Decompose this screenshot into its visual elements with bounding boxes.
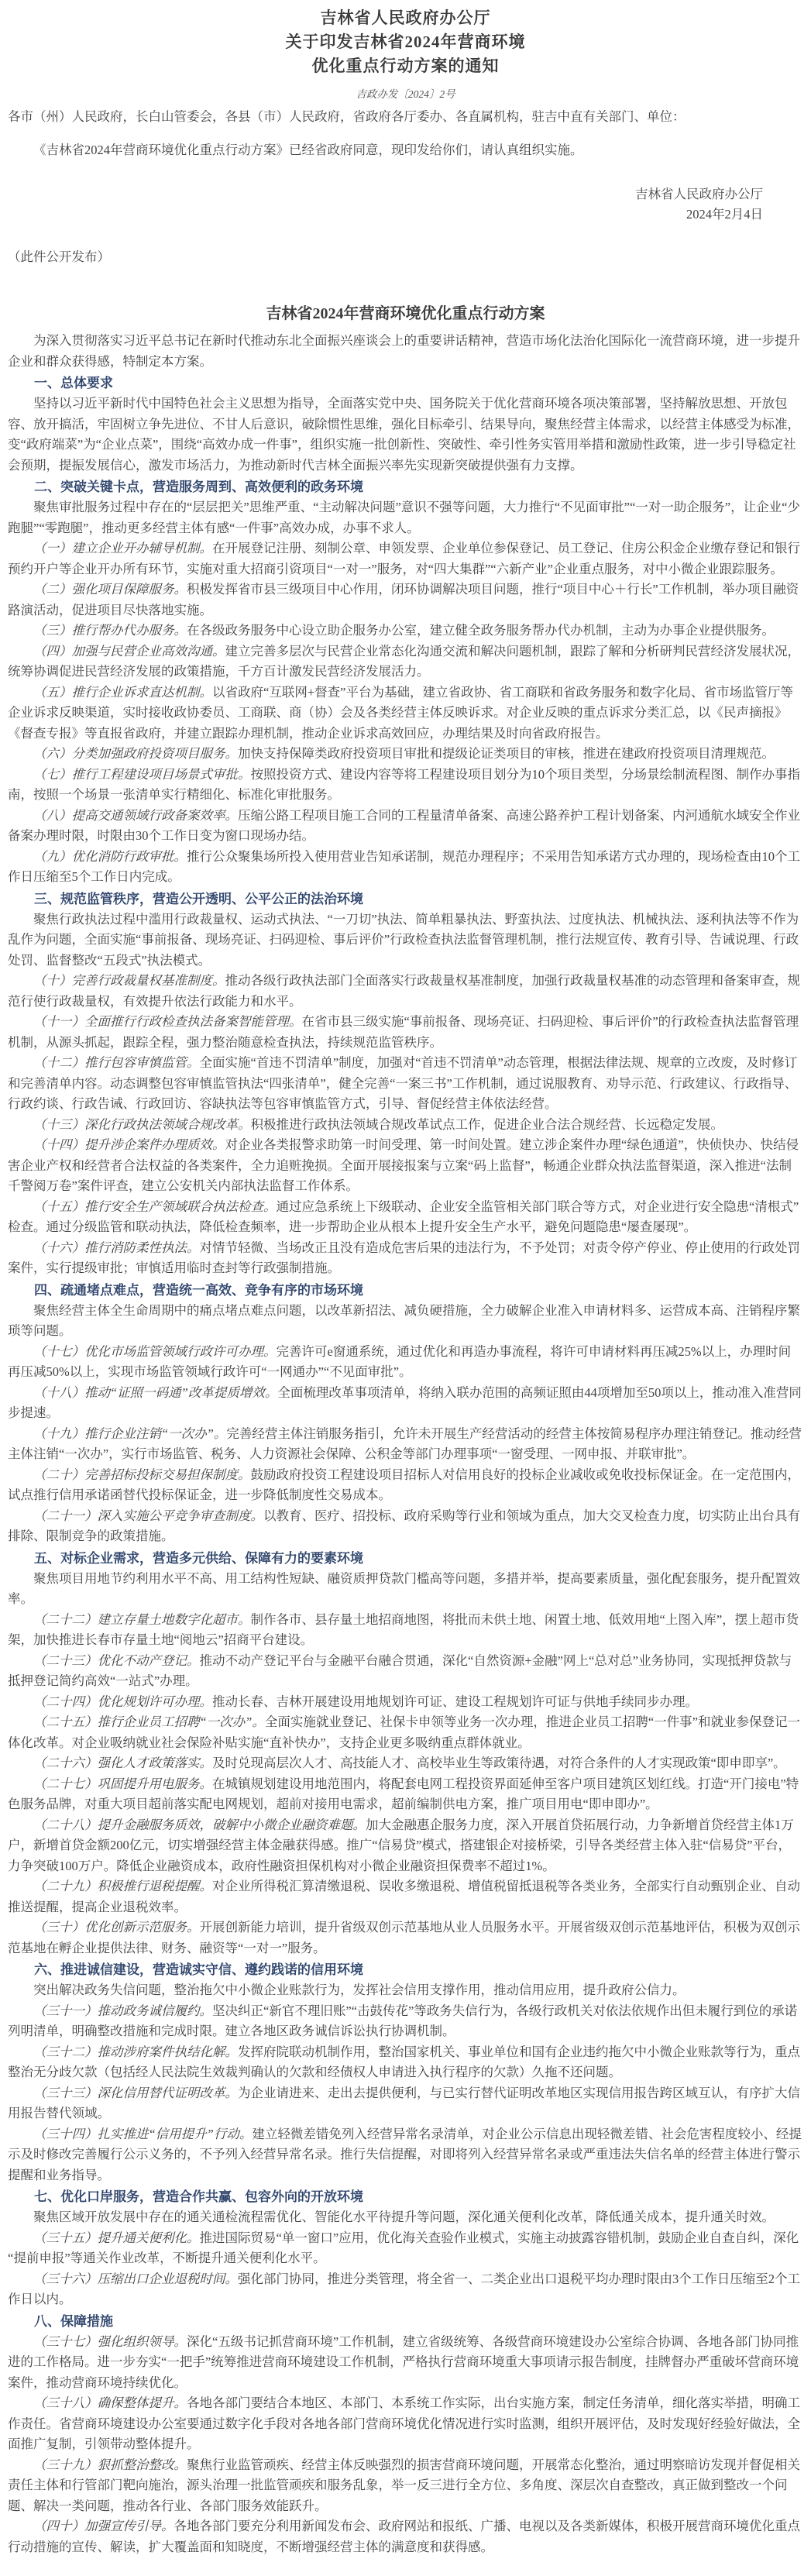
measure-item: （三）推行帮办代办服务。在各级政务服务中心设立助企服务办公室，建立健全政务服务帮… [8, 621, 803, 641]
notice-body: 《吉林省2024年营商环境优化重点行动方案》已经省政府同意，现印发给你们，请认真… [8, 140, 803, 161]
measure-item: （十一）全面推行行政检查执法备案智能管理。在省市县三级实施“事前报备、现场亮证、… [8, 1012, 803, 1053]
section-heading-3: 三、规范监管秩序，营造公开透明、公平公正的法治环境 [8, 888, 803, 910]
measure-lead: （三十三）深化信用替代证明改革。 [33, 2086, 238, 2100]
measure-item: （十五）推行安全生产领域联合执法检查。通过应急系统上下级联动、企业安全监管相关部… [8, 1197, 803, 1238]
measure-item: （二十五）推行企业员工招聘“一次办”。全面实施就业登记、社保卡申领等业务一次办理… [8, 1712, 803, 1753]
measure-item: （二十八）提升金融服务质效，破解中小微企业融资难题。加大金融惠企服务力度，深入开… [8, 1815, 803, 1877]
measure-lead: （三十五）提升通关便利化。 [33, 2230, 200, 2245]
measure-item: （四十）加强宣传引导。各地各部门要充分利用新闻发布会、政府网站和报纸、广播、电视… [8, 2516, 803, 2557]
doc-number: 吉政办发〔2024〕2号 [8, 85, 803, 101]
measure-lead: （二十六）强化人才政策落实。 [33, 1756, 212, 1770]
measure-item: （十二）推行包容审慎监管。全面实施“首违不罚清单”制度，加强对“首违不罚清单”动… [8, 1053, 803, 1115]
section-intro: 聚焦区域开放发展中存在的通关通检流程需优化、智能化水平待提升等问题，深化通关便利… [8, 2207, 803, 2228]
section-heading-7: 七、优化口岸服务，营造合作共赢、包容外向的开放环境 [8, 2186, 803, 2207]
section-heading-8: 八、保障措施 [8, 2310, 803, 2332]
measure-lead: （三十六）压缩出口企业退税时间。 [33, 2272, 238, 2286]
measure-item: （二十九）积极推行退税提醒。对企业所得税汇算清缴退税、误收多缴退税、增值税留抵退… [8, 1876, 803, 1917]
section-heading-4: 四、疏通堵点难点，营造统一高效、竞争有序的市场环境 [8, 1279, 803, 1301]
measure-lead: （三十）优化创新示范服务。 [33, 1920, 200, 1935]
measure-lead: （二十九）积极推行退税提醒。 [33, 1879, 212, 1893]
measure-lead: （二十四）优化规划许可办理。 [33, 1694, 212, 1709]
notice-title-line-3: 优化重点行动方案的通知 [8, 54, 803, 78]
measure-item: （二十六）强化人才政策落实。及时兑现高层次人才、高技能人才、高校毕业生等政策待遇… [8, 1753, 803, 1774]
measure-lead: （二十八）提升金融服务质效，破解中小微企业融资难题。 [33, 1818, 366, 1832]
measure-item: （二十二）建立存量土地数字化超市。制作各市、县存量土地招商地图，将批而未供土地、… [8, 1610, 803, 1651]
measure-item: （十七）优化市场监管领域行政许可办理。完善许可e窗通系统，通过优化和再造办事流程… [8, 1342, 803, 1383]
measure-lead: （三十八）确保整体提升。 [33, 2395, 187, 2410]
signature-block: 吉林省人民政府办公厅 2024年2月4日 [8, 184, 803, 225]
measure-item: （三十三）深化信用替代证明改革。为企业请进来、走出去提供便利，与已实行替代证明改… [8, 2083, 803, 2124]
measure-lead: （十五）推行安全生产领域联合执法检查。 [33, 1199, 277, 1214]
measure-lead: （九）优化消防行政审批。 [33, 849, 187, 864]
measure-lead: （三）推行帮办代办服务。 [33, 623, 187, 638]
plan-intro: 为深入贯彻落实习近平总书记在新时代推动东北全面振兴座谈会上的重要讲话精神，营造市… [8, 331, 803, 372]
measure-lead: （七）推行工程建设项目场景式审批。 [33, 767, 251, 782]
measure-lead: （十）完善行政裁量权基准制度。 [33, 973, 225, 988]
measure-lead: （十七）优化市场监管领域行政许可办理。 [33, 1344, 277, 1359]
measure-item: （二十）完善招标投标交易担保制度。鼓励政府投资工程建设项目招标人对信用良好的投标… [8, 1465, 803, 1506]
measure-lead: （二十五）推行企业员工招聘“一次办”。 [33, 1714, 265, 1729]
measure-lead: （十二）推行包容审慎监管。 [33, 1055, 200, 1070]
measure-lead: （二）强化项目保障服务。 [33, 582, 187, 597]
measure-lead: （十九）推行企业注销“一次办”。 [33, 1426, 226, 1441]
measure-item: （四）加强与民营企业高效沟通。建立完善多层次与民营企业常态化沟通交流和解决问题机… [8, 641, 803, 683]
measure-lead: （四十）加强宣传引导。 [33, 2519, 174, 2533]
notice-title-line-1: 吉林省人民政府办公厅 [8, 6, 803, 30]
measure-item: （十九）推行企业注销“一次办”。完善经营主体注销服务指引，允许未开展生产经营活动… [8, 1424, 803, 1465]
measure-lead: （十一）全面推行行政检查执法备案智能管理。 [33, 1014, 302, 1029]
measure-item: （十六）推行消防柔性执法。对情节轻微、当场改正且没有造成危害后果的违法行为，不予… [8, 1238, 803, 1279]
measure-item: （二十七）巩固提升用电服务。在城镇规划建设用地范围内，将配套电网工程投资界面延伸… [8, 1774, 803, 1815]
measure-item: （二十三）优化不动产登记。推动不动产登记平台与金融平台融合贯通，深化“自然资源+… [8, 1651, 803, 1692]
measure-lead: （六）分类加强政府投资项目服务。 [33, 746, 238, 761]
measure-lead: （十三）深化行政执法领域合规改革。 [33, 1117, 251, 1132]
measure-item: （三十五）提升通关便利化。推进国际贸易“单一窗口”应用，优化海关查验作业模式，实… [8, 2228, 803, 2269]
section-heading-6: 六、推进诚信建设，营造诚实守信、遵约践诺的信用环境 [8, 1959, 803, 1980]
measure-item: （五）推行企业诉求直达机制。以省政府“互联网+督查”平台为基础，建立省政协、省工… [8, 683, 803, 745]
measure-item: （二）强化项目保障服务。积极发挥省市县三级项目中心作用，闭环协调解决项目问题，推… [8, 580, 803, 621]
section-intro: 突出解决政务失信问题，整治拖欠中小微企业账款行为，发挥社会信用支撑作用，推动信用… [8, 1980, 803, 2001]
measure-lead: （八）提高交通领域行政备案效率。 [33, 808, 238, 823]
measure-lead: （四）加强与民营企业高效沟通。 [33, 644, 225, 659]
sign-date: 2024年2月4日 [8, 205, 763, 225]
measure-item: （八）提高交通领域行政备案效率。压缩公路工程项目施工合同的工程量清单备案、高速公… [8, 806, 803, 847]
measure-item: （六）分类加强政府投资项目服务。加快支持保障类政府投资项目审批和提级论证类项目的… [8, 744, 803, 765]
measure-item: （三十七）强化组织领导。深化“五级书记抓营商环境”工作机制，建立省级统筹、各级营… [8, 2332, 803, 2394]
measure-item: （三十）优化创新示范服务。开展创新能力培训，提升省级双创示范基地从业人员服务水平… [8, 1917, 803, 1959]
section-intro: 聚焦审批服务过程中存在的“层层把关”思维严重、“主动解决问题”意识不强等问题，大… [8, 497, 803, 538]
measure-item: （三十八）确保整体提升。各地各部门要结合本地区、本部门、本系统工作实际，出台实施… [8, 2393, 803, 2455]
measure-lead: （五）推行企业诉求直达机制。 [33, 685, 212, 700]
addressee-line: 各市（州）人民政府，长白山管委会，各县（市）人民政府，省政府各厅委办、各直属机构… [8, 107, 803, 128]
plan-title: 吉林省2024年营商环境优化重点行动方案 [8, 303, 803, 325]
measure-lead: （二十七）巩固提升用电服务。 [33, 1776, 212, 1791]
measure-lead: （三十一）推动政务诚信履约。 [33, 2003, 212, 2018]
document-page: 吉林省人民政府办公厅 关于印发吉林省2024年营商环境 优化重点行动方案的通知 … [0, 0, 811, 2576]
measure-item: （三十二）推动涉府案件执结化解。发挥府院联动机制作用，整治国家机关、事业单位和国… [8, 2042, 803, 2083]
measure-lead: （三十七）强化组织领导。 [33, 2334, 187, 2349]
measure-lead: （三十九）狠抓整治整改。 [33, 2457, 187, 2472]
notice-title-line-2: 关于印发吉林省2024年营商环境 [8, 30, 803, 54]
section-heading-2: 二、突破关键卡点，营造服务周到、高效便利的政务环境 [8, 476, 803, 497]
measure-lead: （一）建立企业开办辅导机制。 [33, 541, 212, 555]
measure-item: （三十六）压缩出口企业退税时间。强化部门协同，推进分类管理，将全省一、二类企业出… [8, 2269, 803, 2310]
measure-lead: （十六）推行消防柔性执法。 [33, 1240, 200, 1255]
measure-item: （三十四）扎实推进“信用提升”行动。建立轻微差错免列入经营异常名录清单，对企业公… [8, 2124, 803, 2186]
section-heading-5: 五、对标企业需求，营造多元供给、保障有力的要素环境 [8, 1547, 803, 1569]
measure-lead: （二十三）优化不动产登记。 [33, 1653, 200, 1668]
section-intro: 坚持以习近平新时代中国特色社会主义思想为指导，全面落实党中央、国务院关于优化营商… [8, 394, 803, 476]
measure-lead: （二十）完善招标投标交易担保制度。 [33, 1467, 251, 1482]
measure-item: （十三）深化行政执法领域合规改革。积极推进行政执法领域合规改革试点工作，促进企业… [8, 1115, 803, 1136]
measure-item: （九）优化消防行政审批。推行公众聚集场所投入使用营业告知承诺制，规范办理程序；不… [8, 847, 803, 888]
notice-title: 吉林省人民政府办公厅 关于印发吉林省2024年营商环境 优化重点行动方案的通知 [8, 6, 803, 78]
section-intro: 聚焦项目用地节约利用水平不高、用工结构性短缺、融资质押贷款门槛高等问题，多措并举… [8, 1569, 803, 1610]
measure-lead: （二十二）建立存量土地数字化超市。 [33, 1612, 251, 1627]
measure-item: （十八）推动“证照一码通”改革提质增效。全面梳理改革事项清单，将纳入联办范围的高… [8, 1383, 803, 1424]
measure-lead: （三十二）推动涉府案件执结化解。 [33, 2045, 238, 2059]
section-intro: 聚焦行政执法过程中滥用行政裁量权、运动式执法、“一刀切”执法、简单粗暴执法、野蛮… [8, 910, 803, 972]
section-heading-1: 一、总体要求 [8, 372, 803, 394]
measure-item: （十四）提升涉企案件办理质效。对企业各类报警求助第一时间受理、第一时间处置。建立… [8, 1135, 803, 1197]
measure-item: （二十一）深入实施公平竞争审查制度。以教育、医疗、招投标、政府采购等行业和领域为… [8, 1506, 803, 1547]
measure-lead: （三十四）扎实推进“信用提升”行动。 [33, 2127, 252, 2141]
measure-item: （三十九）狠抓整治整改。聚焦行业监管顽疾、经营主体反映强烈的损害营商环境问题，开… [8, 2455, 803, 2517]
measure-item: （三十一）推动政务诚信履约。坚决纠正“新官不理旧账”“击鼓传花”等政务失信行为，… [8, 2001, 803, 2042]
measure-lead: （十四）提升涉企案件办理质效。 [33, 1137, 225, 1152]
measure-lead: （十八）推动“证照一码通”改革提质增效。 [33, 1385, 277, 1400]
signer-name: 吉林省人民政府办公厅 [8, 184, 763, 205]
measure-item: （七）推行工程建设项目场景式审批。按照投资方式、建设内容等将工程建设项目划分为1… [8, 765, 803, 806]
measure-lead: （二十一）深入实施公平竞争审查制度。 [33, 1508, 263, 1523]
measure-item: （二十四）优化规划许可办理。推动长春、吉林开展建设用地规划许可证、建设工程规划许… [8, 1692, 803, 1713]
public-release-note: （此件公开发布） [8, 247, 803, 268]
section-intro: 聚焦经营主体全生命周期中的痛点堵点难点问题，以改革新招法、减负硬措施，全力破解企… [8, 1301, 803, 1342]
measure-item: （十）完善行政裁量权基准制度。推动各级行政执法部门全面落实行政裁量权基准制度，加… [8, 971, 803, 1012]
measure-item: （一）建立企业开办辅导机制。在开展登记注册、刻制公章、申领发票、企业单位参保登记… [8, 538, 803, 580]
plan-sections: 一、总体要求坚持以习近平新时代中国特色社会主义思想为指导，全面落实党中央、国务院… [8, 372, 803, 2557]
